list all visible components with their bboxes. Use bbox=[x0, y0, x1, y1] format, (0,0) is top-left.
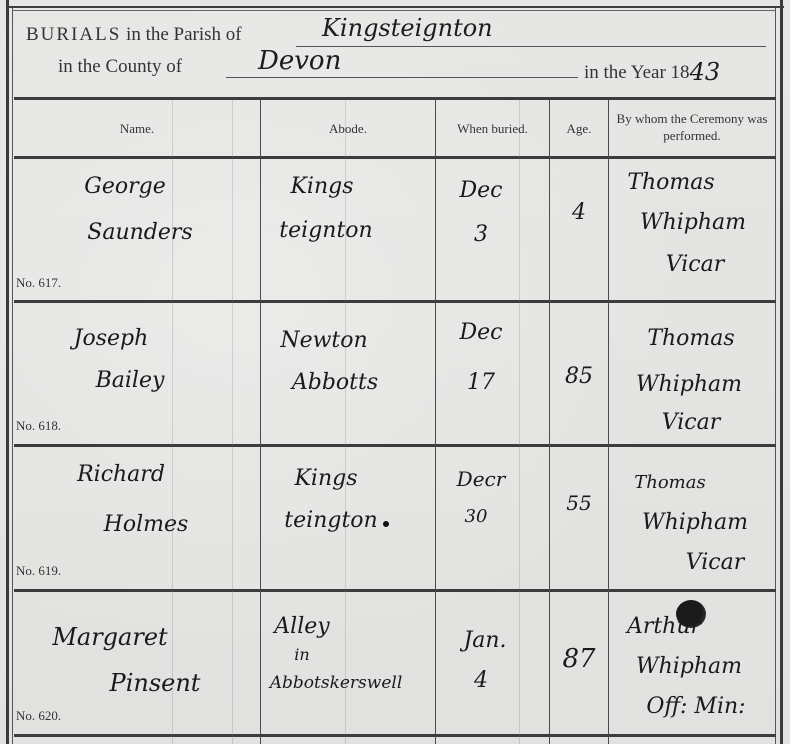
entry-name-last: Holmes bbox=[86, 508, 206, 542]
entry-abode-line1: Newton bbox=[264, 324, 384, 358]
entry-officiant-line3: Vicar bbox=[636, 406, 746, 440]
page-border-top bbox=[8, 6, 784, 8]
entry-officiant-line2: Whipham bbox=[618, 206, 768, 240]
burial-register-page: BURIALS in the Parish of Kingsteignton i… bbox=[0, 0, 790, 744]
county-name: Devon bbox=[258, 46, 341, 76]
entry-abode-line1: Kings bbox=[276, 462, 376, 496]
column-header-officiant: By whom the Ceremony was performed. bbox=[609, 110, 775, 144]
year-suffix: 43 bbox=[690, 58, 721, 86]
col-rule-name-abode bbox=[260, 99, 261, 744]
entry-burial-day: 17 bbox=[436, 366, 526, 400]
column-header-abode: Abode. bbox=[261, 120, 435, 137]
entry-burial-month: Dec bbox=[436, 174, 526, 208]
entry-burial-day: 3 bbox=[436, 218, 526, 252]
entry-burial-month: Jan. bbox=[440, 624, 530, 658]
entry-name-first: Joseph bbox=[36, 322, 186, 356]
entry-burial-month: Dec bbox=[436, 316, 526, 350]
entry-number: No. 620. bbox=[16, 708, 61, 724]
entry-officiant-line1: Thomas bbox=[616, 166, 726, 200]
entry-name-first: Margaret bbox=[30, 620, 190, 654]
entry-officiant-line3: Vicar bbox=[670, 546, 760, 580]
entry-abode-line2: teington bbox=[276, 504, 386, 538]
year-heading: in the Year 1843 bbox=[584, 56, 720, 84]
entry-abode-line3: Abbotskerswell bbox=[246, 666, 426, 700]
entry-burial-day: 4 bbox=[436, 664, 526, 698]
entry-officiant-line1: Arthur bbox=[614, 610, 714, 644]
entry-age: 87 bbox=[550, 642, 608, 676]
header-bottom-rule bbox=[14, 156, 776, 159]
entry-officiant-line2: Whipham bbox=[614, 368, 764, 402]
entry-age: 4 bbox=[550, 196, 608, 230]
page-border-right-inner bbox=[775, 8, 776, 744]
header-top-rule bbox=[14, 97, 776, 100]
entry-age: 55 bbox=[550, 486, 608, 520]
parish-name: Kingsteignton bbox=[322, 14, 493, 42]
entry-officiant-line2: Whipham bbox=[620, 506, 770, 540]
entry-officiant-line1: Thomas bbox=[626, 322, 756, 356]
parish-fill-line bbox=[296, 46, 766, 47]
entry-officiant-line3: Off: Min: bbox=[626, 690, 766, 724]
entry-age: 85 bbox=[550, 360, 608, 394]
ink-dot bbox=[383, 521, 389, 527]
entry-burial-month: Decr bbox=[436, 462, 526, 496]
county-fill-line bbox=[226, 77, 578, 78]
heading-burials: BURIALS bbox=[26, 24, 121, 45]
entry-burial-day: 30 bbox=[436, 500, 516, 534]
entry-abode-line2: teignton bbox=[266, 214, 386, 248]
county-heading: in the County of bbox=[58, 56, 182, 78]
entry-officiant-line2: Whipham bbox=[614, 650, 764, 684]
entry-number: No. 619. bbox=[16, 563, 61, 579]
row-rule-2 bbox=[14, 444, 776, 447]
register-heading: BURIALS in the Parish of bbox=[26, 24, 242, 46]
column-header-age: Age. bbox=[550, 120, 608, 137]
page-border-left bbox=[6, 0, 9, 744]
entry-name-first: Richard bbox=[46, 458, 196, 492]
entry-name-first: George bbox=[50, 170, 200, 204]
entry-name-last: Pinsent bbox=[90, 666, 220, 700]
page-border-right bbox=[780, 0, 783, 744]
entry-number: No. 617. bbox=[16, 275, 61, 291]
entry-officiant-line1: Thomas bbox=[620, 466, 720, 500]
entry-number: No. 618. bbox=[16, 418, 61, 434]
column-header-name: Name. bbox=[14, 120, 260, 137]
entry-officiant-line3: Vicar bbox=[640, 248, 750, 282]
year-label: in the Year 18 bbox=[584, 62, 690, 83]
col-rule-age-officiant bbox=[608, 99, 609, 744]
entry-name-last: Saunders bbox=[60, 216, 220, 250]
row-rule-3 bbox=[14, 589, 776, 592]
page-border-left-inner bbox=[12, 8, 13, 744]
page-border-top-inner bbox=[12, 10, 776, 11]
entry-name-last: Bailey bbox=[60, 364, 200, 398]
entry-abode-line1: Kings bbox=[262, 170, 382, 204]
entry-abode-line2: Abbotts bbox=[270, 366, 400, 400]
row-rule-1 bbox=[14, 300, 776, 303]
heading-parish-label: in the Parish of bbox=[126, 24, 242, 45]
show-through-line bbox=[232, 99, 233, 744]
column-header-when-buried: When buried. bbox=[436, 120, 549, 137]
row-rule-4 bbox=[14, 734, 776, 737]
